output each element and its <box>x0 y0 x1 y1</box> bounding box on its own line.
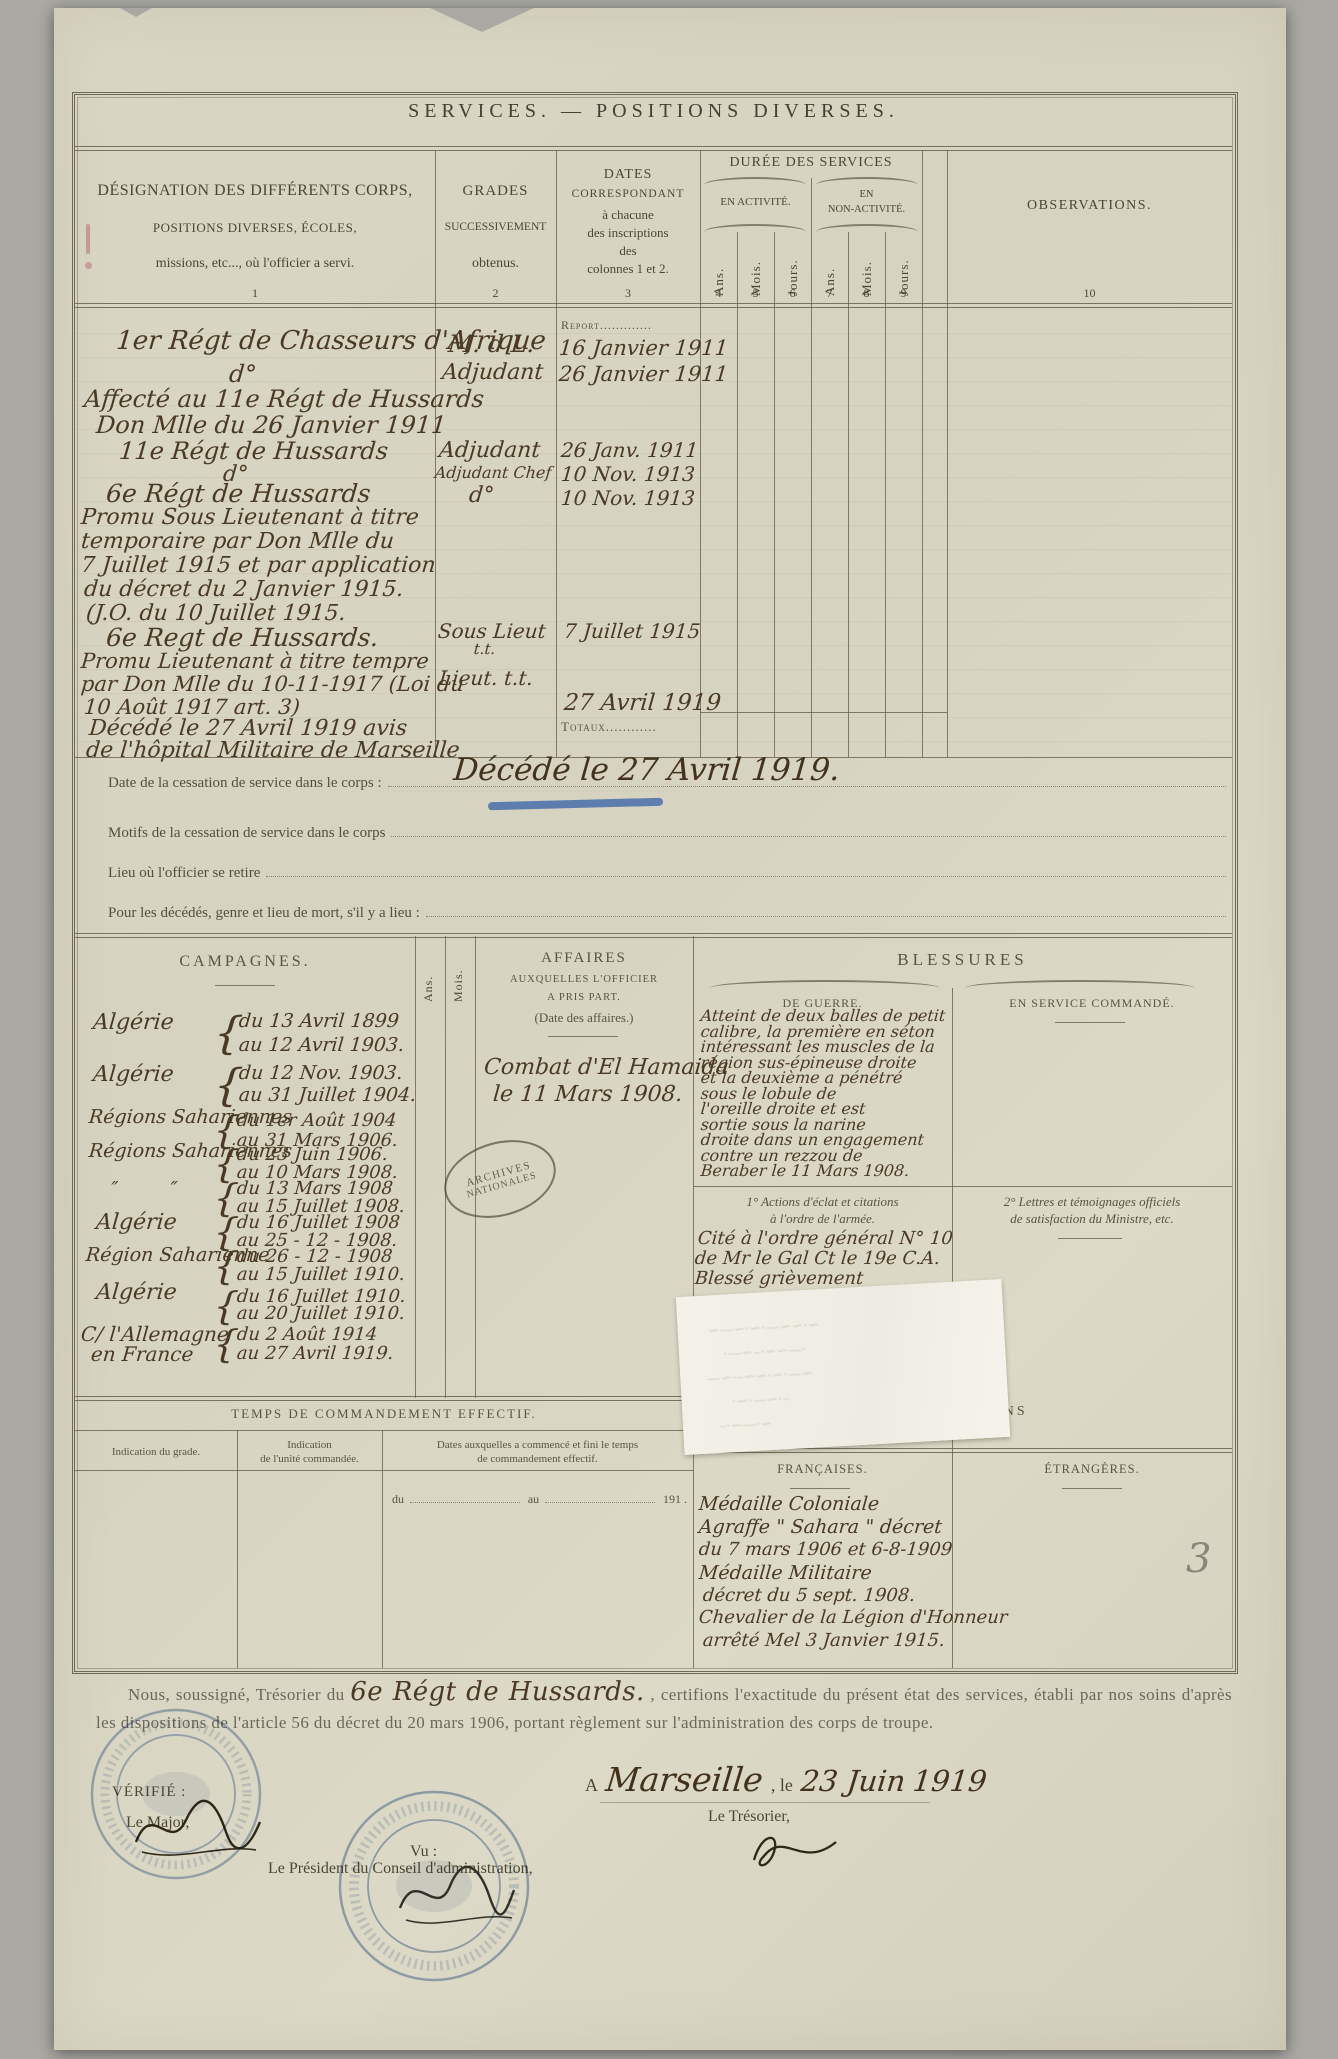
service-corps-line: 11e Régt de Hussards <box>118 437 389 465</box>
temps-year-label: 191 . <box>663 1492 687 1507</box>
place-prefix: A <box>585 1775 598 1796</box>
report-label: Report............. <box>561 318 652 333</box>
campaign-au: au 31 Juillet 1904. <box>238 1084 417 1106</box>
citation-line3: Blessé grièvement <box>694 1268 864 1289</box>
col1-header-line3: missions, etc..., où l'officier a servi. <box>78 256 432 272</box>
dotted-line <box>388 770 1226 787</box>
citations-header-1: 1° Actions d'éclat et citations <box>693 1194 952 1210</box>
decoration-line: du 7 mars 1906 et 6-8-1909 <box>698 1539 953 1560</box>
cessation-motifs-label: Motifs de la cessation de service dans l… <box>108 825 385 842</box>
campaign-au: au 20 Juillet 1910. <box>236 1303 406 1324</box>
wound-description: Atteint de deux balles de petit calibre,… <box>700 1008 945 1179</box>
date-line: 7 Juillet 1915 <box>563 619 701 643</box>
service-corps-line: 6e Regt de Hussards. <box>105 623 380 652</box>
service-corps-line: par Don Mlle du 10-11-1917 (Loi du <box>80 672 465 696</box>
year-handwritten: 1919 <box>911 1764 988 1798</box>
totaux-rule <box>700 712 947 713</box>
blessures-title: BLESSURES <box>693 950 1232 970</box>
service-corps-line: Affecté au 11e Régt de Hussards <box>83 385 485 413</box>
citations-divider <box>693 1186 1232 1187</box>
grade-line: Adjudant <box>438 438 541 463</box>
col1-header-line2: POSITIONS DIVERSES, ÉCOLES, <box>78 220 432 236</box>
place-date-line: A Marseille , le 23 Juin 1919 <box>585 1760 987 1799</box>
affaires-title-3: A PRIS PART. <box>475 992 693 1003</box>
col3-header-line2: CORRESPONDANT <box>556 188 700 200</box>
non-activite-header-1: EN <box>811 189 922 200</box>
date-handwritten: 23 Juin <box>799 1764 907 1798</box>
col-number: 10 <box>947 286 1232 301</box>
date-line: 10 Nov. 1913 <box>560 462 696 486</box>
lettres-header-2: de satisfaction du Ministre, etc. <box>952 1211 1232 1227</box>
col-number: 3 <box>556 286 700 301</box>
col-number: 4 <box>700 286 737 301</box>
decoration-line: Médaille Militaire <box>698 1562 873 1584</box>
service-corps-line: du décret du 2 Janvier 1915. <box>83 577 405 602</box>
affaires-title-4: (Date des affaires.) <box>475 1010 693 1026</box>
col-number: 1 <box>78 286 432 301</box>
service-commande-header: EN SERVICE COMMANDÉ. <box>952 996 1232 1011</box>
grade-line: Lieut. t.t. <box>438 666 534 690</box>
grade-line: d° <box>468 483 495 508</box>
service-corps-line: Promu Lieutenant à titre tempre <box>80 649 430 673</box>
date-line: 26 Janvier 1911 <box>558 362 729 386</box>
pencil-number: 3 <box>1186 1536 1211 1582</box>
dotted-line <box>266 860 1226 877</box>
temps-top-rule <box>75 1396 693 1401</box>
cessation-deces-label: Pour les décédés, genre et lieu de mort,… <box>108 905 420 922</box>
scanned-document-page: SERVICES. — POSITIONS DIVERSES. DÉSIGNAT… <box>0 0 1338 2059</box>
col3-header-line4: des inscriptions <box>556 225 700 241</box>
service-corps-line: 7 Juillet 1915 et par application <box>80 553 437 578</box>
temps-col2-header-2: de l'unité commandée. <box>237 1453 382 1465</box>
section-line <box>445 936 446 1398</box>
lettres-header-1: 2° Lettres et témoignages officiels <box>952 1194 1232 1210</box>
le-label: , le <box>771 1775 793 1796</box>
circular-stamp-center <box>334 1786 534 1986</box>
col-number: 6 <box>774 286 811 301</box>
dotted-line <box>391 820 1226 837</box>
cessation-date-label: Date de la cessation de service dans le … <box>108 775 382 792</box>
header-bottom-rule <box>75 303 1232 308</box>
grade-line: t.t. <box>473 640 496 658</box>
date-line: 27 Avril 1919 <box>563 690 722 716</box>
service-corps-line: Promu Sous Lieutenant à titre <box>80 505 420 530</box>
service-corps-line: d° <box>228 360 258 388</box>
decoration-line: Médaille Coloniale <box>698 1493 880 1515</box>
cessation-deces-row: Pour les décédés, genre et lieu de mort,… <box>108 900 1226 922</box>
totaux-label: Totaux............ <box>561 719 657 735</box>
campaign-du: du 1er Août 1904 <box>236 1110 397 1131</box>
col3-header-line5: des <box>556 243 700 259</box>
certification-handwritten-corps: 6e Régt de Hussards. <box>350 1677 644 1707</box>
small-rule <box>1055 1022 1125 1023</box>
decoration-line: décret du 5 sept. 1908. <box>702 1585 916 1606</box>
duree-header: DURÉE DES SERVICES <box>700 155 922 171</box>
col-number: 2 <box>435 286 556 301</box>
observations-header: OBSERVATIONS. <box>947 198 1232 214</box>
section-divider <box>75 933 1232 938</box>
date-line: 10 Nov. 1913 <box>560 486 696 510</box>
citation-line1: Cité à l'ordre général N° 10 <box>697 1228 954 1249</box>
campagnes-title: CAMPAGNES. <box>75 953 415 971</box>
campaign-au: au 12 Avril 1903. <box>238 1034 405 1056</box>
affaires-title-2: AUXQUELLES L'OFFICIER <box>475 974 693 985</box>
etrangeres-header: ÉTRANGÈRES. <box>952 1462 1232 1477</box>
temps-header-bottom <box>75 1470 693 1471</box>
cessation-date-row: Date de la cessation de service dans le … <box>108 770 1226 792</box>
campaign-au: au 15 Juillet 1910. <box>236 1264 406 1285</box>
date-line: 26 Janv. 1911 <box>560 438 699 462</box>
service-corps-line: de l'hôpital Militaire de Marseille <box>85 738 461 763</box>
cessation-lieu-row: Lieu où l'officier se retire <box>108 860 1226 882</box>
paper-tear-small <box>120 8 152 17</box>
campaign-name-line2: en France <box>90 1342 194 1366</box>
temps-au-label: au <box>528 1492 539 1507</box>
tresorier-signature <box>740 1820 850 1885</box>
citation-line2: de Mr le Gal Ct le 19e C.A. <box>694 1248 941 1269</box>
col3-header-line6: colonnes 1 et 2. <box>556 261 700 277</box>
col3-header-line3: à chacune <box>556 207 700 223</box>
small-rule <box>1058 1238 1122 1239</box>
place-handwritten: Marseille <box>604 1760 765 1799</box>
small-rule <box>1062 1488 1122 1489</box>
col-number: 7 <box>811 286 848 301</box>
decoration-line: Chevalier de la Légion d'Honneur <box>698 1607 1008 1628</box>
col-number: 8 <box>848 286 885 301</box>
campaign-name-ditto: ″ ″ <box>110 1178 178 1200</box>
service-corps-line: Don Mlle du 26 Janvier 1911 <box>95 411 448 439</box>
temps-col1-header: Indication du grade. <box>75 1446 237 1458</box>
campaign-name: Algérie <box>95 1280 178 1305</box>
col2-header-line3: obtenus. <box>435 256 556 272</box>
citations-header-2: à l'ordre de l'armée. <box>693 1211 952 1227</box>
temps-col2-header-1: Indication <box>237 1439 382 1451</box>
certification-part1: Nous, soussigné, Trésorier du <box>128 1685 350 1704</box>
affaire-line2: le 11 Mars 1908. <box>492 1082 684 1107</box>
service-corps-line: 6e Régt de Hussards <box>105 479 372 508</box>
affaires-title-1: AFFAIRES <box>475 950 693 967</box>
francaises-header: FRANÇAISES. <box>693 1462 952 1477</box>
campagnes-ans: Ans. <box>421 942 436 1002</box>
temps-col-line <box>237 1430 238 1668</box>
decoration-line: Agraffe " Sahara " décret <box>698 1516 943 1538</box>
certification-paragraph: Nous, soussigné, Trésorier du 6e Régt de… <box>96 1678 1232 1737</box>
dotted-line <box>426 900 1226 917</box>
small-rule <box>548 1036 618 1037</box>
grade-line: Adjudant <box>441 360 544 385</box>
page-title: SERVICES. — POSITIONS DIVERSES. <box>75 100 1232 123</box>
cessation-lieu-label: Lieu où l'officier se retire <box>108 865 260 882</box>
campagnes-mois: Mois. <box>451 942 466 1002</box>
campaign-name: Algérie <box>92 1010 175 1035</box>
col2-header-line2: SUCCESSIVEMENT <box>435 221 556 233</box>
white-paper-slip: ~·~~—·~·~—~ ·—~~·–~—· ~—·~·~~–·~— –·~—·~… <box>676 1279 1010 1455</box>
temps-col3-header-2: de commandement effectif. <box>382 1453 693 1465</box>
campaign-name: Algérie <box>92 1062 175 1087</box>
col-number: 9 <box>885 286 922 301</box>
section-line <box>415 936 416 1398</box>
campaign-au: au 27 Avril 1919. <box>236 1343 394 1364</box>
campaign-name: Algérie <box>95 1210 178 1235</box>
temps-du-label: du <box>392 1492 404 1507</box>
paper-tear <box>430 8 534 32</box>
dotted-line <box>410 1486 520 1503</box>
campaign-du: du 13 Avril 1899 <box>238 1010 400 1032</box>
small-rule <box>215 985 275 986</box>
campaign-du: du 2 Août 1914 <box>236 1324 378 1345</box>
col3-header-line1: DATES <box>556 167 700 183</box>
temps-header-top <box>75 1430 693 1431</box>
temps-col-line <box>382 1430 383 1668</box>
grade-line: M. d L. <box>447 330 536 358</box>
affaire-line1: Combat d'El Hamaida <box>483 1055 730 1080</box>
date-line: 16 Janvier 1911 <box>558 336 729 360</box>
temps-du-au-row: du au 191 . <box>392 1486 687 1507</box>
service-corps-line: temporaire par Don Mlle du <box>80 529 395 554</box>
col1-header-line1: DÉSIGNATION DES DIFFÉRENTS CORPS, <box>78 182 432 200</box>
campaign-du: du 12 Nov. 1903. <box>238 1062 404 1084</box>
activite-header: EN ACTIVITÉ. <box>700 196 811 208</box>
cessation-motifs-row: Motifs de la cessation de service dans l… <box>108 820 1226 842</box>
circular-stamp-left <box>86 1704 266 1884</box>
decoration-line: arrêté Mel 3 Janvier 1915. <box>702 1630 946 1651</box>
grade-line: Adjudant Chef <box>434 463 552 482</box>
small-rule <box>790 1488 850 1489</box>
place-date-underline <box>600 1802 930 1803</box>
temps-title: TEMPS DE COMMANDEMENT EFFECTIF. <box>75 1406 693 1422</box>
col2-header-line1: GRADES <box>435 183 556 200</box>
dotted-line <box>545 1486 655 1503</box>
col-number: 5 <box>737 286 774 301</box>
title-rule <box>75 146 1232 151</box>
temps-col3-header-1: Dates auxquelles a commencé et fini le t… <box>382 1439 693 1451</box>
non-activite-header-2: NON-ACTIVITÉ. <box>811 204 922 215</box>
